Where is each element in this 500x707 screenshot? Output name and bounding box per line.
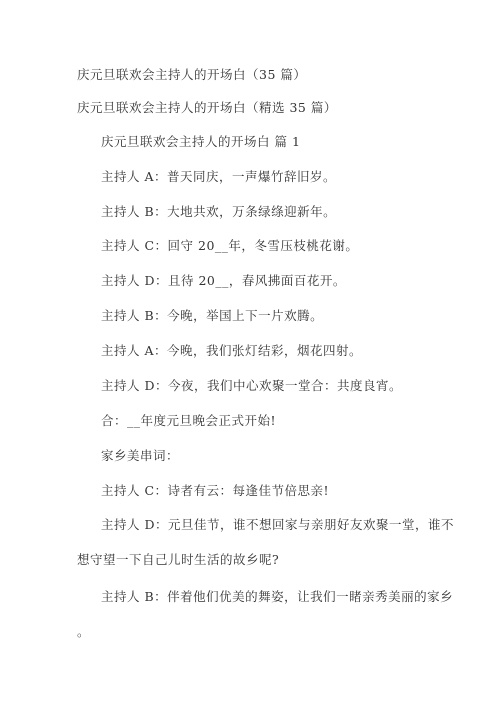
paragraph: 主持人 D：今夜，我们中心欢聚一堂合：共度良宵。 [101,378,402,394]
paragraph-continuation: 想守望一下自己儿时生活的故乡呢? [77,552,279,568]
paragraph: 主持人 A：今晚，我们张灯结彩，烟花四射。 [101,343,362,359]
paragraph: 主持人 B：今晚，举国上下一片欢腾。 [101,308,323,324]
paragraph: 主持人 C：诗者有云：每逢佳节倍思亲! [101,483,329,499]
paragraph: 主持人 D：且待 20__，春风拂面百花开。 [101,273,346,289]
paragraph: 主持人 D：元旦佳节，谁不想回家与亲朋好友欢聚一堂，谁不 [101,517,454,533]
paragraph: 主持人 B：伴着他们优美的舞姿，让我们一睹亲秀美丽的家乡 [101,589,453,605]
paragraph: 家乡美串词： [101,448,179,464]
paragraph: 合：__年度元旦晚会正式开始! [101,413,276,429]
paragraph: 主持人 A：普天同庆，一声爆竹辞旧岁。 [101,169,336,185]
paragraph: 主持人 B：大地共欢，万条绿绦迎新年。 [101,204,336,220]
document-subtitle: 庆元旦联欢会主持人的开场白（精选 35 篇） [77,100,337,116]
document-title: 庆元旦联欢会主持人的开场白（35 篇） [77,67,306,83]
paragraph: 主持人 C：回守 20__年，冬雪压枝桃花谢。 [101,238,358,254]
section-heading: 庆元旦联欢会主持人的开场白 篇 1 [101,134,300,150]
paragraph-continuation: 。 [77,624,90,640]
